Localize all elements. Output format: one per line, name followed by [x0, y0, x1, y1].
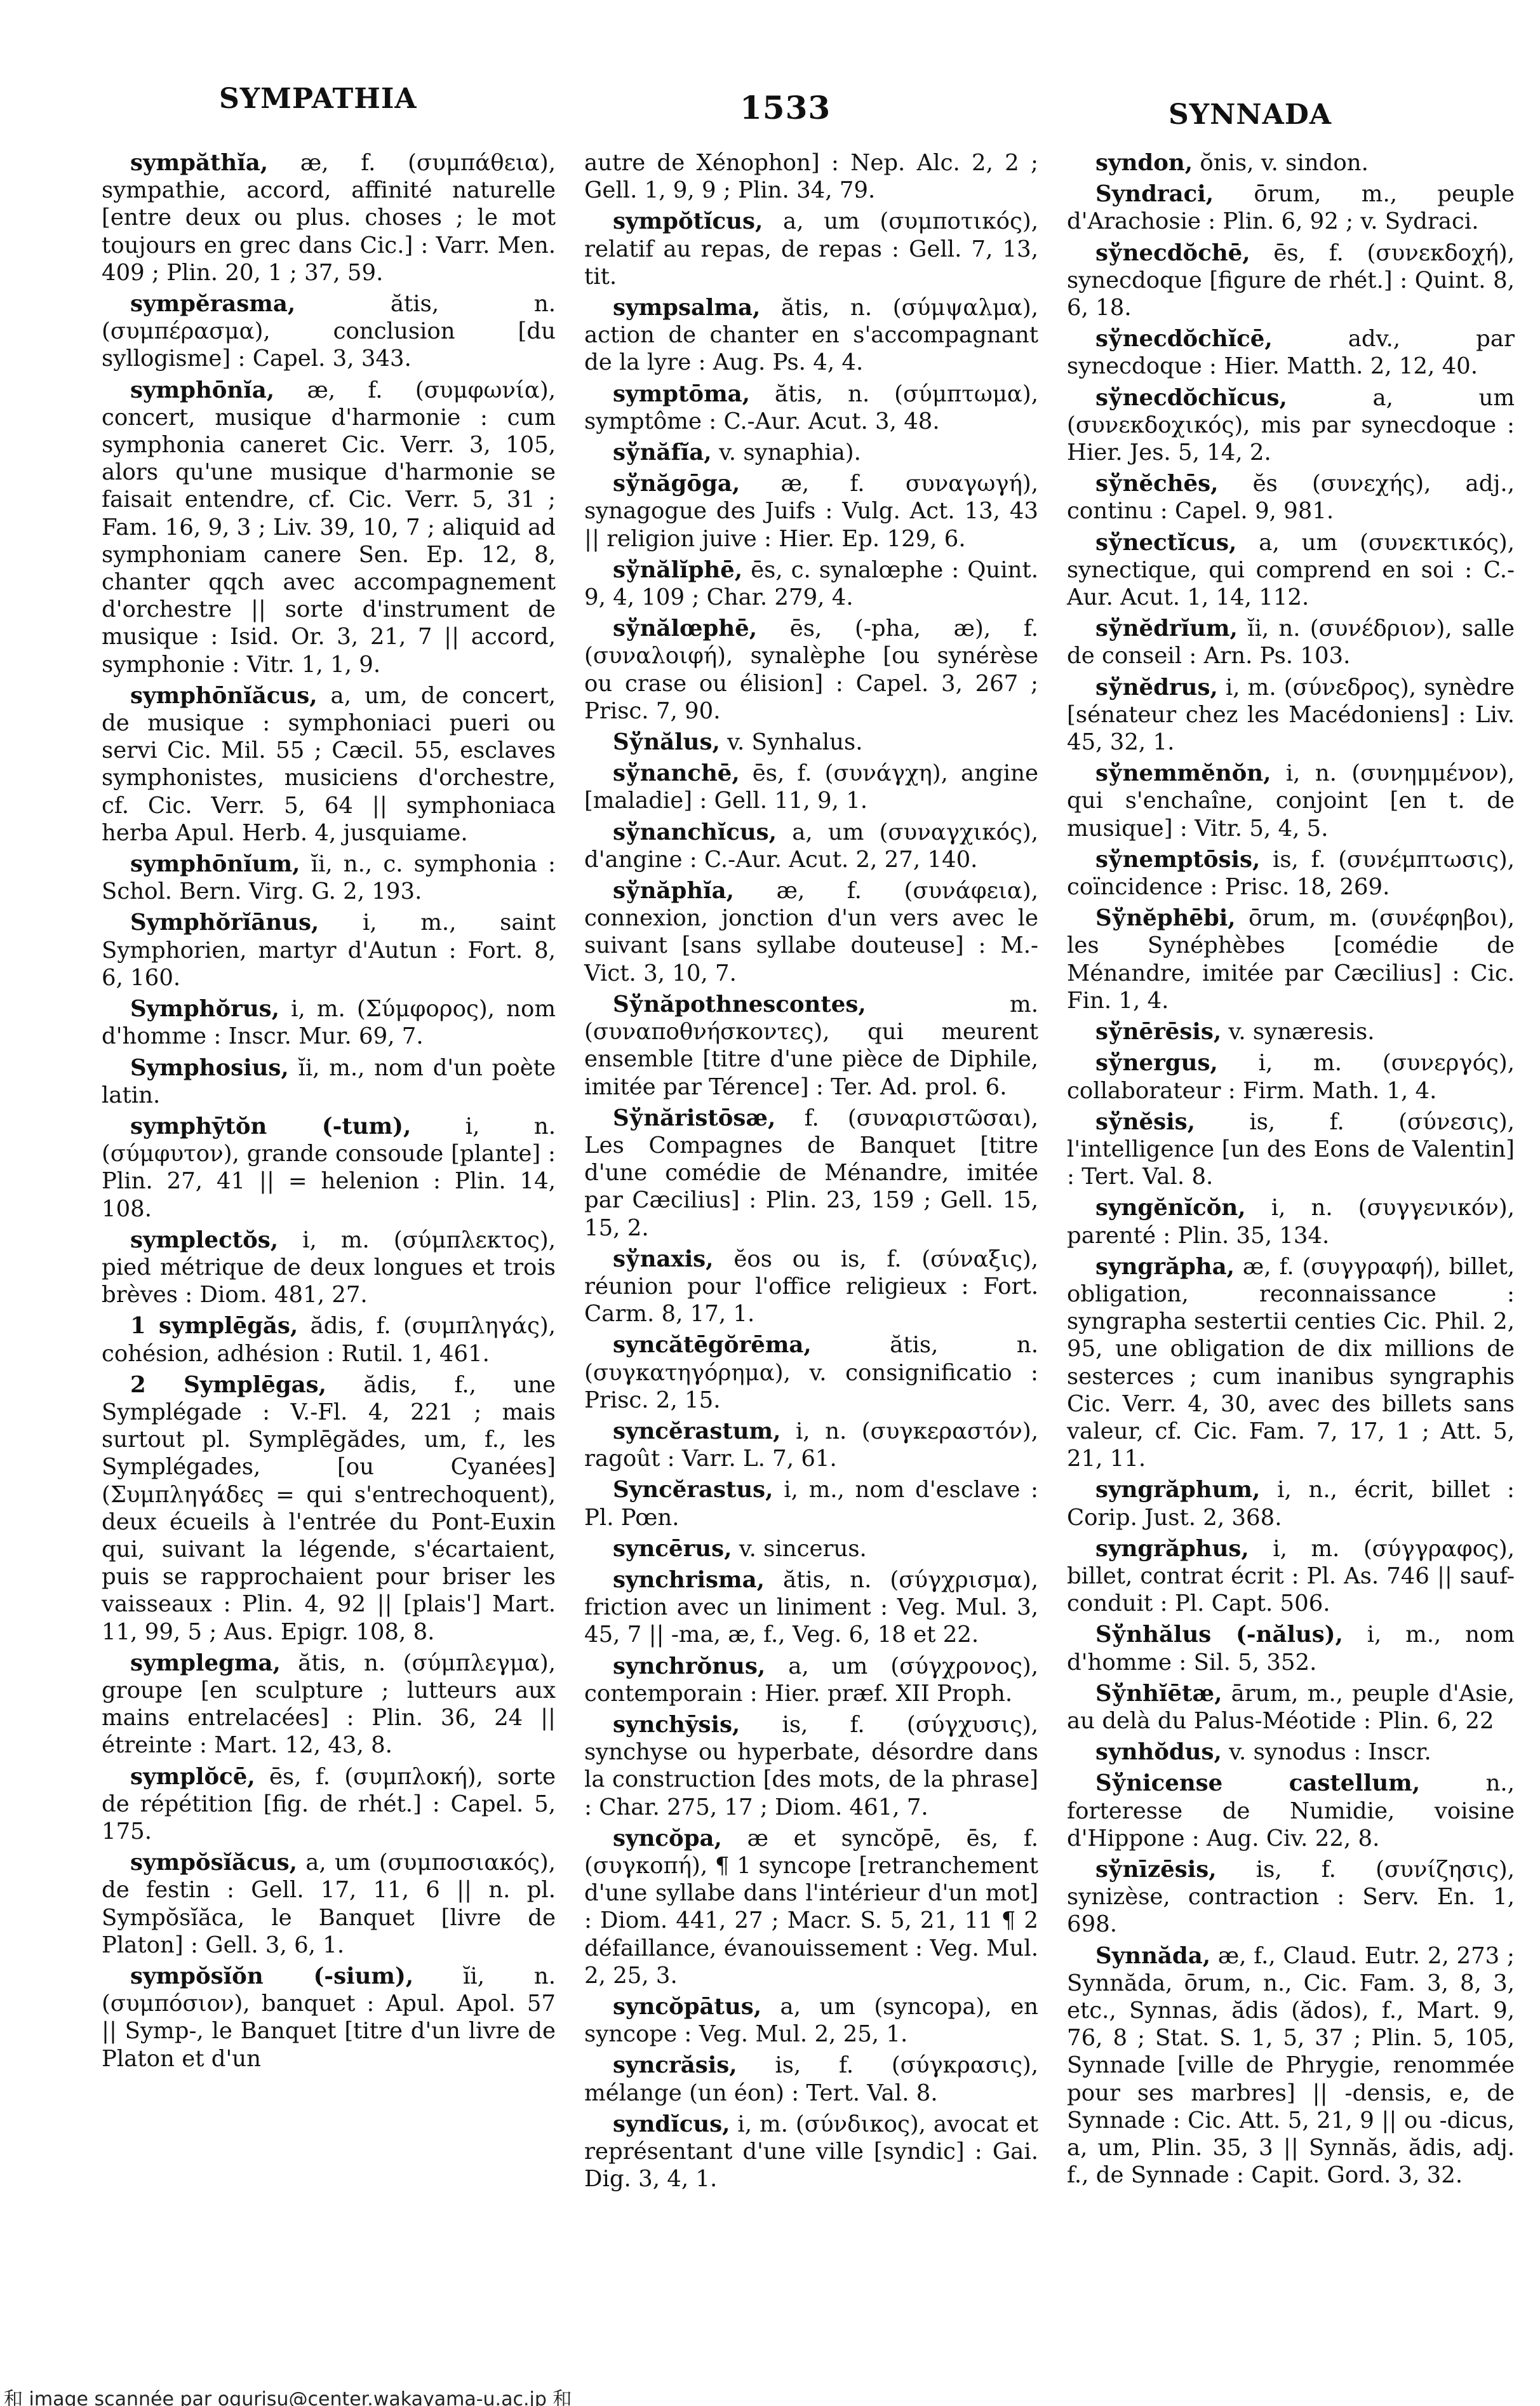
dictionary-entry: 2 Symplēgas, ădis, f., une Symplégade : …: [102, 1371, 556, 1646]
entry-headword: sўnăphĭa,: [613, 878, 734, 904]
entry-headword: Symphŏrus,: [130, 996, 279, 1022]
entry-headword: Sўnălus,: [613, 729, 720, 755]
entry-definition: æ, f., Claud. Eutr. 2, 273 ; Synnăda, ōr…: [1067, 1943, 1515, 2189]
dictionary-entry: sўnĕdrĭum, ĭi, n. (συνέδριον), salle de …: [1067, 615, 1515, 669]
entry-headword: syncŏpātus,: [613, 1994, 761, 2020]
entry-headword: sўnĕdrĭum,: [1095, 615, 1238, 642]
dictionary-entry: sўnăgōga, æ, f. συναγωγή), synagogue des…: [584, 470, 1038, 553]
entry-headword: syngrăphum,: [1095, 1477, 1260, 1503]
dictionary-entry: sўnăphĭa, æ, f. (συνάφεια), connexion, j…: [584, 877, 1038, 987]
entry-definition: ădis, f., une Symplégade : V.-Fl. 4, 221…: [102, 1372, 556, 1645]
running-head-right: SYNNADA: [1168, 98, 1332, 131]
running-head-left: SYMPATHIA: [219, 83, 417, 115]
entry-headword: symplegma,: [130, 1650, 281, 1676]
dictionary-entry: syncŏpa, æ et syncŏpē, ēs, f. (συγκοπή),…: [584, 1825, 1038, 1989]
dictionary-entry: sympăthĭa, æ, f. (συμπάθεια), sympathie,…: [102, 149, 556, 286]
entry-headword: sўnăfĭa,: [613, 440, 712, 466]
entry-definition: æ, f. (συμφωνία), concert, musique d'har…: [102, 377, 556, 678]
dictionary-entry: sўnăfĭa, v. synaphia).: [584, 439, 1038, 466]
dictionary-entry: 1 symplēgăs, ădis, f. (συμπληγάς), cohés…: [102, 1312, 556, 1367]
entry-headword: sўnălĭphē,: [613, 557, 742, 583]
dictionary-entry: sўnanchē, ēs, f. (συνάγχη), angine [mala…: [584, 760, 1038, 814]
dictionary-entry: syncătēgŏrēma, ătis, n. (συγκατηγόρημα),…: [584, 1331, 1038, 1414]
entry-headword: sympăthĭa,: [130, 150, 268, 176]
entry-headword: Sўnĕphēbi,: [1095, 905, 1236, 931]
dictionary-entry: symphōnĭa, æ, f. (συμφωνία), concert, mu…: [102, 377, 556, 678]
entry-headword: sўnaxis,: [613, 1246, 714, 1272]
entry-headword: sympŏtĭcus,: [613, 208, 763, 234]
dictionary-entry: syncrăsis, is, f. (σύγκρασις), mélange (…: [584, 2052, 1038, 2106]
dictionary-entry: sўnecdŏchĭcē, adv., par synecdoque : Hie…: [1067, 325, 1515, 380]
entry-headword: syngrăphus,: [1095, 1536, 1249, 1562]
column-3: syndon, ŏnis, v. sindon.Syndraci, ōrum, …: [1067, 149, 1515, 2193]
entry-headword: sўnecdŏchĭcē,: [1095, 326, 1273, 352]
dictionary-entry: sympsalma, ătis, n. (σύμψαλμα), action d…: [584, 294, 1038, 377]
dictionary-entry: symphōnĭăcus, a, um, de concert, de musi…: [102, 682, 556, 847]
dictionary-entry: sўnaxis, ĕos ou is, f. (σύναξις), réunio…: [584, 1246, 1038, 1328]
entry-headword: Synnăda,: [1095, 1943, 1210, 1969]
dictionary-entry: Syndraci, ōrum, m., peuple d'Arachosie :…: [1067, 180, 1515, 235]
entry-headword: sўnălœphē,: [613, 615, 757, 642]
dictionary-entry: syncĕrastum, i, n. (συγκεραστόν), ragoût…: [584, 1418, 1038, 1472]
dictionary-entry: Symphŏrĭānus, i, m., saint Symphorien, m…: [102, 909, 556, 991]
entry-definition: v. synæresis.: [1221, 1019, 1374, 1045]
dictionary-entry: syngrăphus, i, m. (σύγγραφος), billet, c…: [1067, 1535, 1515, 1618]
entry-headword: 2 Symplēgas,: [130, 1372, 326, 1398]
dictionary-entry: symplŏcē, ēs, f. (συμπλοκή), sorte de ré…: [102, 1763, 556, 1846]
entry-headword: syndĭcus,: [613, 2111, 730, 2137]
dictionary-entry: synchȳsis, is, f. (σύγχυσις), synchyse o…: [584, 1711, 1038, 1821]
dictionary-entry: Sўnicense castellum, n., forteresse de N…: [1067, 1770, 1515, 1852]
entry-headword: sўnanchē,: [613, 760, 740, 786]
entry-headword: syngrăpha,: [1095, 1254, 1235, 1280]
entry-headword: sўnectĭcus,: [1095, 530, 1236, 556]
dictionary-entry: sўnecdŏchĭcus, a, um (συνεκδοχικός), mis…: [1067, 384, 1515, 467]
dictionary-entry: sympĕrasma, ătis, n. (συμπέρασμα), concl…: [102, 290, 556, 373]
entry-headword: symptōma,: [613, 381, 750, 407]
entry-headword: Syndraci,: [1095, 181, 1214, 207]
dictionary-entry: Sўnhălus (-nălus), i, m., nom d'homme : …: [1067, 1621, 1515, 1676]
entry-headword: synchȳsis,: [613, 1712, 740, 1738]
entry-headword: sўnīzēsis,: [1095, 1857, 1217, 1883]
entry-headword: syncrăsis,: [613, 2052, 737, 2078]
dictionary-entry: Sўnhĭētæ, ārum, m., peuple d'Asie, au de…: [1067, 1680, 1515, 1735]
entry-headword: sympŏsĭăcus,: [130, 1850, 297, 1876]
dictionary-entry: Sўnălus, v. Synhalus.: [584, 729, 1038, 756]
entry-headword: Sўnhălus (-nălus),: [1095, 1622, 1343, 1648]
dictionary-entry: synhŏdus, v. synodus : Inscr.: [1067, 1738, 1515, 1766]
dictionary-entry: syndĭcus, i, m. (σύνδικος), avocat et re…: [584, 2111, 1038, 2193]
entry-definition: æ, f. (συγγραφή), billet, obligation, re…: [1067, 1254, 1515, 1472]
dictionary-entry: autre de Xénophon] : Nep. Alc. 2, 2 ; Ge…: [584, 149, 1038, 204]
entry-headword: symplectŏs,: [130, 1227, 278, 1253]
dictionary-entry: synchrŏnus, a, um (σύγχρονος), contempor…: [584, 1653, 1038, 1707]
dictionary-entry: sўnĕsis, is, f. (σύνεσις), l'intelligenc…: [1067, 1108, 1515, 1191]
entry-headword: sўnĕdrus,: [1095, 675, 1218, 701]
entry-headword: sўnĕsis,: [1095, 1109, 1195, 1135]
entry-headword: sўnergus,: [1095, 1050, 1218, 1076]
entry-definition: v. synaphia).: [712, 440, 861, 466]
dictionary-entry: sўnergus, i, m. (συνεργός), collaborateu…: [1067, 1049, 1515, 1104]
dictionary-entry: symplectŏs, i, m. (σύμπλεκτος), pied mét…: [102, 1227, 556, 1309]
entry-headword: Sўnicense castellum,: [1095, 1770, 1420, 1796]
dictionary-entry: Syncĕrastus, i, m., nom d'esclave : Pl. …: [584, 1476, 1038, 1531]
entry-headword: syncătēgŏrēma,: [613, 1332, 812, 1358]
dictionary-entry: symphōnĭum, ĭi, n., c. symphonia : Schol…: [102, 850, 556, 905]
entry-headword: 1 symplēgăs,: [130, 1313, 298, 1339]
dictionary-entry: sўnanchĭcus, a, um (συναγχικός), d'angin…: [584, 819, 1038, 873]
entry-headword: symphȳtŏn (-tum),: [130, 1113, 411, 1139]
dictionary-entry: sўnălĭphē, ēs, c. synalœphe : Quint. 9, …: [584, 556, 1038, 611]
entry-headword: sўnecdŏchĭcus,: [1095, 385, 1287, 411]
dictionary-entry: sўnĕdrus, i, m. (σύνεδρος), synèdre [sén…: [1067, 674, 1515, 756]
dictionary-entry: Symphŏrus, i, m. (Σύμφορος), nom d'homme…: [102, 995, 556, 1050]
dictionary-entry: sўnectĭcus, a, um (συνεκτικός), synectiq…: [1067, 529, 1515, 612]
entry-headword: synchrisma,: [613, 1567, 765, 1593]
dictionary-entry: sўnērēsis, v. synæresis.: [1067, 1018, 1515, 1045]
dictionary-entry: sўnīzēsis, is, f. (συνίζησις), synizèse,…: [1067, 1856, 1515, 1939]
entry-headword: sўnērēsis,: [1095, 1019, 1221, 1045]
dictionary-entry: syndon, ŏnis, v. sindon.: [1067, 149, 1515, 177]
entry-definition: v. synodus : Inscr.: [1222, 1739, 1431, 1765]
entry-headword: sўnemmĕnŏn,: [1095, 760, 1271, 786]
dictionary-entry: sўnemptōsis, is, f. (συνέμπτωσις), coïnc…: [1067, 846, 1515, 901]
entry-headword: symphōnĭăcus,: [130, 683, 318, 709]
column-1: sympăthĭa, æ, f. (συμπάθεια), sympathie,…: [102, 149, 556, 2076]
entry-headword: sympsalma,: [613, 295, 760, 321]
dictionary-entry: sympŏsĭŏn (-sium), ĭi, n. (συμπόσιον), b…: [102, 1963, 556, 2073]
entry-headword: synhŏdus,: [1095, 1739, 1222, 1765]
entry-headword: Sўnăpothnescontes,: [613, 991, 866, 1018]
entry-headword: sympŏsĭŏn (-sium),: [130, 1963, 413, 1989]
dictionary-entry: syncērus, v. sincerus.: [584, 1535, 1038, 1563]
entry-definition: v. sincerus.: [732, 1536, 866, 1562]
dictionary-entry: syngĕnĭcŏn, i, n. (συγγενικόν), parenté …: [1067, 1194, 1515, 1249]
entry-headword: sўnecdŏchē,: [1095, 240, 1250, 266]
dictionary-entry: sўnecdŏchē, ēs, f. (συνεκδοχή), synecdoq…: [1067, 239, 1515, 322]
entry-headword: Syncĕrastus,: [613, 1477, 773, 1503]
entry-headword: symphōnĭum,: [130, 851, 300, 877]
entry-headword: sympĕrasma,: [130, 291, 295, 317]
entry-headword: synchrŏnus,: [613, 1653, 765, 1679]
entry-definition: autre de Xénophon] : Nep. Alc. 2, 2 ; Ge…: [584, 150, 1038, 203]
entry-headword: sўnanchĭcus,: [613, 819, 777, 845]
entry-headword: syngĕnĭcŏn,: [1095, 1195, 1246, 1221]
column-2: autre de Xénophon] : Nep. Alc. 2, 2 ; Ge…: [584, 149, 1038, 2196]
dictionary-entry: sўnălœphē, ēs, (-pha, æ), f. (συναλοιφή)…: [584, 615, 1038, 725]
entry-headword: Symphosius,: [130, 1055, 289, 1081]
dictionary-entry: sympŏsĭăcus, a, um (συμποσιακός), de fes…: [102, 1849, 556, 1959]
dictionary-entry: symplegma, ătis, n. (σύμπλεγμα), groupe …: [102, 1650, 556, 1759]
dictionary-entry: Sўnăristōsæ, f. (συναριστῶσαι), Les Comp…: [584, 1105, 1038, 1242]
entry-definition: v. Synhalus.: [720, 729, 863, 755]
page-number: 1533: [740, 89, 831, 126]
dictionary-entry: syngrăphum, i, n., écrit, billet : Corip…: [1067, 1476, 1515, 1531]
entry-headword: symplŏcē,: [130, 1764, 255, 1790]
entry-headword: syncĕrastum,: [613, 1418, 780, 1444]
dictionary-entry: Synnăda, æ, f., Claud. Eutr. 2, 273 ; Sy…: [1067, 1942, 1515, 2189]
entry-headword: Sўnhĭētæ,: [1095, 1681, 1222, 1707]
scan-credit: 和 image scannée par ogurisu@center.wakay…: [4, 2383, 572, 2406]
entry-definition: ŏnis, v. sindon.: [1193, 150, 1369, 176]
entry-headword: Sўnăristōsæ,: [613, 1105, 775, 1131]
entry-headword: syncŏpa,: [613, 1825, 722, 1852]
entry-headword: syncērus,: [613, 1536, 732, 1562]
entry-headword: sўnemptōsis,: [1095, 847, 1260, 873]
dictionary-entry: sympŏtĭcus, a, um (συμποτικός), relatif …: [584, 208, 1038, 290]
entry-headword: sўnăgōga,: [613, 471, 740, 497]
dictionary-entry: Symphosius, ĭi, m., nom d'un poète latin…: [102, 1054, 556, 1109]
dictionary-entry: syncŏpātus, a, um (syncopa), en syncope …: [584, 1993, 1038, 2048]
dictionary-entry: symphȳtŏn (-tum), i, n. (σύμφυτον), gran…: [102, 1113, 556, 1223]
dictionary-entry: syngrăpha, æ, f. (συγγραφή), billet, obl…: [1067, 1253, 1515, 1473]
dictionary-entry: sўnĕchēs, ĕs (συνεχής), adj., continu : …: [1067, 470, 1515, 525]
entry-headword: symphōnĭa,: [130, 377, 274, 403]
dictionary-entry: synchrisma, ătis, n. (σύγχρισμα), fricti…: [584, 1566, 1038, 1649]
dictionary-entry: Sўnĕphēbi, ōrum, m. (συνέφηβοι), les Syn…: [1067, 904, 1515, 1014]
entry-headword: syndon,: [1095, 150, 1193, 176]
entry-headword: sўnĕchēs,: [1095, 471, 1218, 497]
dictionary-entry: sўnemmĕnŏn, i, n. (συνημμένον), qui s'en…: [1067, 760, 1515, 842]
entry-headword: Symphŏrĭānus,: [130, 910, 319, 936]
dictionary-entry: Sўnăpothnescontes, m. (συναποθνήσκοντες)…: [584, 991, 1038, 1101]
dictionary-entry: symptōma, ătis, n. (σύμπτωμα), symptôme …: [584, 380, 1038, 435]
